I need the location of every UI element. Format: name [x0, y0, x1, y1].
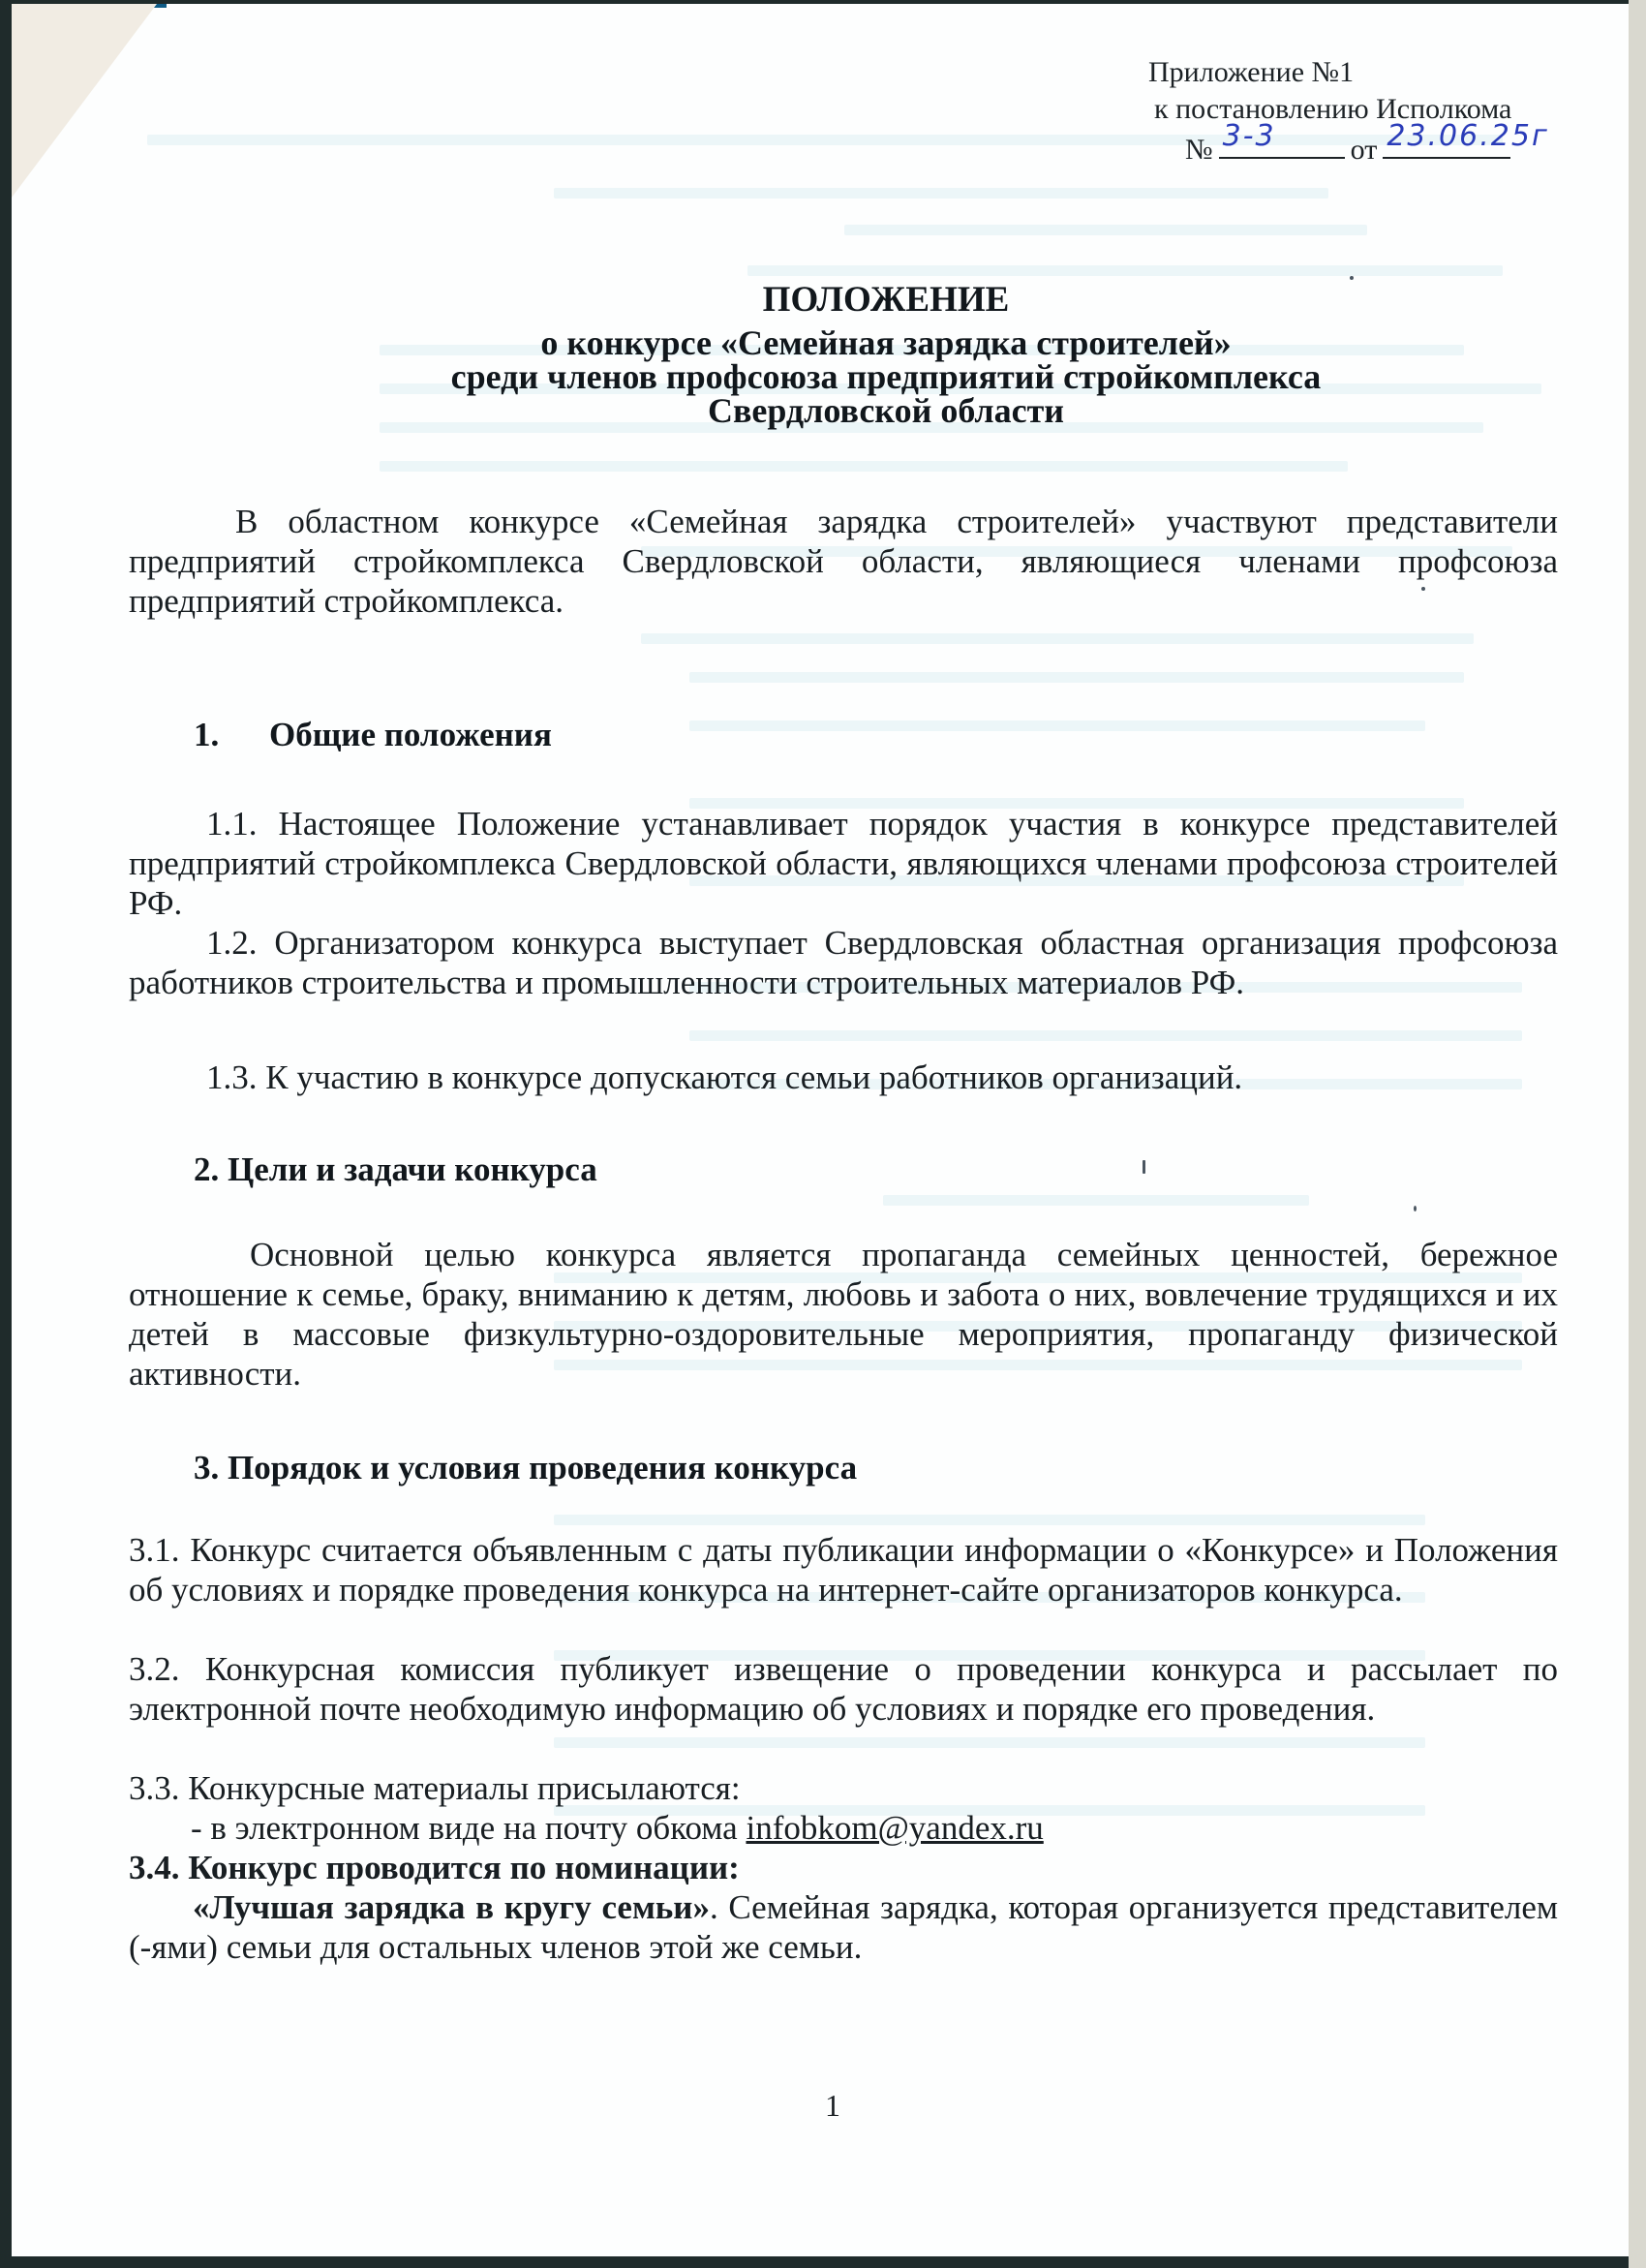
intro-text: В областном конкурсе «Семейная зарядка с…	[129, 503, 1558, 620]
document-title: ПОЛОЖЕНИЕ о конкурсе «Семейная зарядка с…	[0, 283, 1646, 428]
decree-number-field: 3-3	[1219, 128, 1345, 159]
title-line-3: среди членов профсоюза предприятий строй…	[0, 360, 1646, 394]
item-3-1-text: 3.1. Конкурс считается объявленным с дат…	[129, 1531, 1558, 1609]
date-label: от	[1351, 134, 1378, 166]
section-3-number: 3.	[194, 1449, 219, 1486]
title-line-4: Свердловской области	[0, 394, 1646, 428]
section-2-body: Основной целью конкурса является пропага…	[129, 1235, 1558, 1394]
annex-number-date: №3-3от23.06.25г	[1148, 128, 1511, 169]
nomination-name: «Лучшая зарядка в кругу семьи»	[193, 1888, 710, 1926]
scan-speck	[1414, 1206, 1417, 1211]
section-2-heading: 2. Цели и задачи конкурса	[194, 1149, 597, 1189]
decree-date-field: 23.06.25г	[1383, 128, 1510, 159]
section-1-title: Общие положения	[269, 716, 552, 753]
item-3-4-nomination: «Лучшая зарядка в кругу семьи». Семейная…	[129, 1887, 1558, 1967]
page-number: 1	[825, 2088, 840, 2124]
section-2-text: Основной целью конкурса является пропага…	[129, 1236, 1558, 1393]
item-1-3: 1.3. К участию в конкурсе допускаются се…	[129, 1057, 1558, 1097]
section-1-heading: 1.Общие положения	[194, 715, 552, 754]
item-1-1-text: 1.1. Настоящее Положение устанавливает п…	[129, 805, 1558, 922]
item-3-1: 3.1. Конкурс считается объявленным с дат…	[129, 1530, 1558, 1609]
decree-number-handwritten: 3-3	[1223, 118, 1276, 155]
number-label: №	[1185, 134, 1213, 166]
item-1-1: 1.1. Настоящее Положение устанавливает п…	[129, 804, 1558, 923]
item-3-2-text: 3.2. Конкурсная комиссия публикует извещ…	[129, 1650, 1558, 1728]
title-line-1: ПОЛОЖЕНИЕ	[0, 283, 1646, 317]
item-3-3-text: 3.3. Конкурсные материалы присылаются:	[129, 1769, 741, 1807]
intro-paragraph: В областном конкурсе «Семейная зарядка с…	[129, 502, 1558, 621]
section-3-title: Порядок и условия проведения конкурса	[228, 1449, 857, 1486]
item-1-2: 1.2. Организатором конкурса выступает Св…	[129, 923, 1558, 1002]
scan-speck	[1143, 1160, 1145, 1174]
item-1-2-text: 1.2. Организатором конкурса выступает Св…	[129, 924, 1558, 1001]
item-3-4-heading: 3.4. Конкурс проводится по номинации:	[129, 1848, 1558, 1887]
section-3-heading: 3. Порядок и условия проведения конкурса	[194, 1448, 857, 1487]
item-3-3-materials: - в электронном виде на почту обкома inf…	[129, 1808, 1558, 1848]
materials-prefix: - в электронном виде на почту обкома	[191, 1809, 746, 1847]
scan-speck	[1421, 587, 1425, 591]
annex-header: Приложение №1 к постановлению Исполкома …	[1148, 54, 1511, 169]
item-1-3-text: 1.3. К участию в конкурсе допускаются се…	[206, 1058, 1242, 1096]
document-text: Приложение №1 к постановлению Исполкома …	[0, 0, 1646, 2268]
item-3-3: 3.3. Конкурсные материалы присылаются:	[129, 1768, 1558, 1808]
annex-line-1: Приложение №1	[1148, 54, 1511, 91]
item-3-2: 3.2. Конкурсная комиссия публикует извещ…	[129, 1649, 1558, 1729]
email-link[interactable]: infobkom@yandex.ru	[746, 1809, 1043, 1847]
section-2-number: 2.	[194, 1150, 219, 1188]
title-line-2: о конкурсе «Семейная зарядка строителей»	[0, 326, 1646, 360]
scan-speck	[1350, 276, 1354, 280]
item-3-4-title: 3.4. Конкурс проводится по номинации:	[129, 1849, 740, 1886]
section-1-number: 1.	[194, 715, 269, 754]
decree-date-handwritten: 23.06.25г	[1387, 118, 1548, 155]
section-2-title: Цели и задачи конкурса	[228, 1150, 597, 1188]
